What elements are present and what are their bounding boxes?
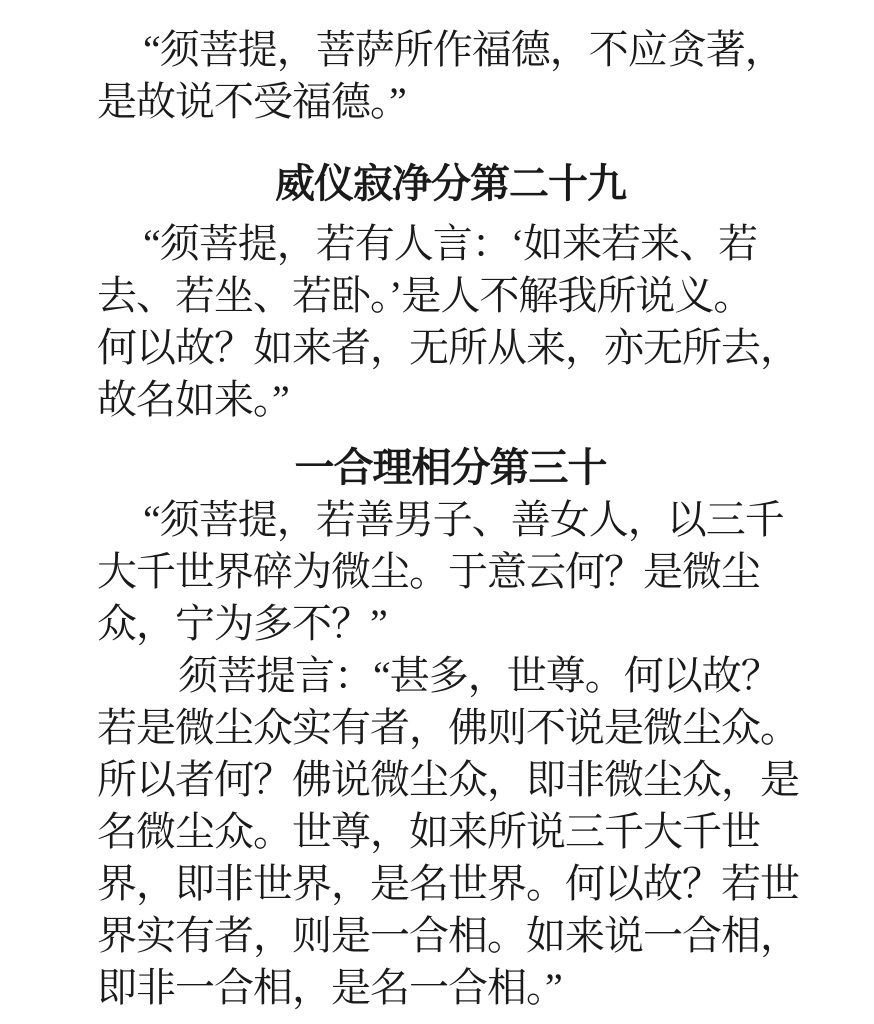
sutra-text-line: 若是微尘众实有者，佛则不说是微尘众。 [97,702,804,754]
sutra-text-line: 去、若坐、若卧。’是人不解我所说义。 [97,270,804,322]
sutra-text-line: 界实有者，则是一合相。如来说一合相， [97,910,804,962]
sutra-text-line: 所以者何？佛说微尘众，即非微尘众，是 [97,754,804,806]
paragraph-not-receiving-merit: “须菩提，菩萨所作福德，不应贪著， 是故说不受福德。” [97,24,804,128]
sutra-page: “须菩提，菩萨所作福德，不应贪著， 是故说不受福德。” 威仪寂净分第二十九 “须… [0,0,874,1024]
sutra-text-line: 何以故？如来者，无所从来，亦无所去， [97,322,804,374]
paragraph-chapter-30-question: “须菩提，若善男子、善女人，以三千 大千世界碎为微尘。于意云何？是微尘 众，宁为… [97,494,804,650]
sutra-text-line: 是故说不受福德。” [97,76,804,128]
section-heading-chapter-30: 一合理相分第三十 [97,442,804,494]
section-heading-chapter-29: 威仪寂净分第二十九 [97,158,804,210]
sutra-text-line: “须菩提，若善男子、善女人，以三千 [97,494,804,546]
paragraph-chapter-29-body: “须菩提，若有人言：‘如来若来、若 去、若坐、若卧。’是人不解我所说义。 何以故… [97,218,804,426]
sutra-text-line: “须菩提，菩萨所作福德，不应贪著， [97,24,804,76]
sutra-text-line: 即非一合相，是名一合相。” [97,962,804,1014]
sutra-text-line: “须菩提，若有人言：‘如来若来、若 [97,218,804,270]
sutra-text-line: 界，即非世界，是名世界。何以故？若世 [97,858,804,910]
sutra-text-line: 名微尘众。世尊，如来所说三千大千世 [97,806,804,858]
sutra-text-line: 故名如来。” [97,374,804,426]
sutra-text-line: 大千世界碎为微尘。于意云何？是微尘 [97,546,804,598]
sutra-text-line: 须菩提言：“甚多，世尊。何以故？ [97,650,804,702]
paragraph-subhuti-reply: 须菩提言：“甚多，世尊。何以故？ 若是微尘众实有者，佛则不说是微尘众。 所以者何… [97,650,804,1014]
sutra-text-line: 众，宁为多不？” [97,598,804,650]
